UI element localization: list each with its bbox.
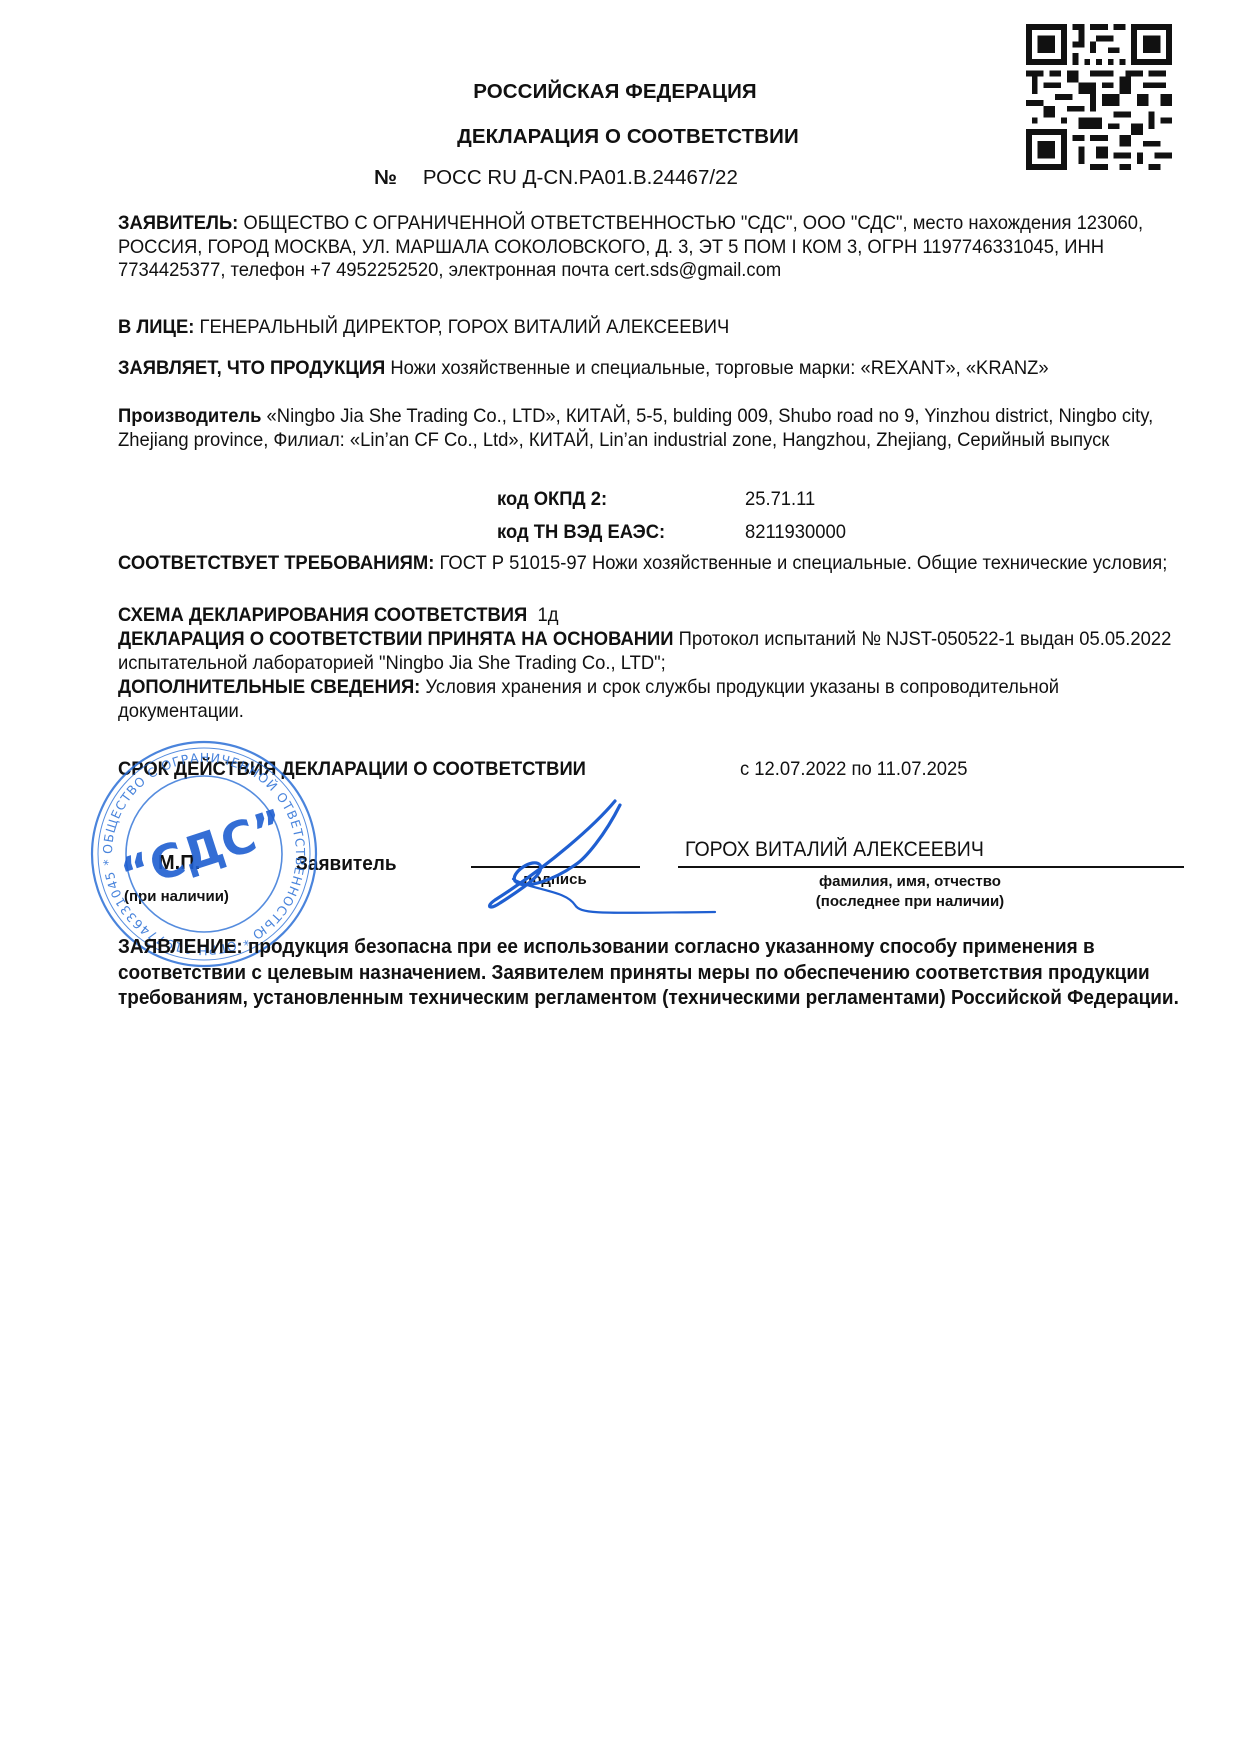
applicant-label: ЗАЯВИТЕЛЬ: — [118, 212, 238, 234]
manufacturer-text: «Ningbo Jia She Trading Co., LTD», КИТАЙ… — [118, 405, 1153, 451]
additional-label: ДОПОЛНИТЕЛЬНЫЕ СВЕДЕНИЯ: — [118, 676, 420, 698]
tnved-code-row: код ТН ВЭД ЕАЭС: — [497, 521, 665, 544]
product-label: ЗАЯВЛЯЕТ, ЧТО ПРОДУКЦИЯ — [118, 357, 385, 379]
okpd-code-row: код ОКПД 2: — [497, 488, 607, 511]
basis-section: ДЕКЛАРАЦИЯ О СООТВЕТСТВИИ ПРИНЯТА НА ОСН… — [118, 628, 1188, 675]
declaration-number-value: РОСС RU Д-CN.PA01.В.24467/22 — [423, 166, 738, 189]
name-caption-1: фамилия, имя, отчество — [780, 873, 1040, 890]
represented-by-label: В ЛИЦЕ: — [118, 316, 194, 338]
requirements-text: ГОСТ Р 51015-97 Ножи хозяйственные и спе… — [439, 552, 1167, 574]
requirements-label: СООТВЕТСТВУЕТ ТРЕБОВАНИЯМ: — [118, 552, 434, 574]
document-title: ДЕКЛАРАЦИЯ О СООТВЕТСТВИИ — [8, 125, 1240, 149]
scheme-value: 1д — [537, 604, 558, 626]
statement-text: продукция безопасна при ее использовании… — [118, 935, 1179, 1009]
product-section: ЗАЯВЛЯЕТ, ЧТО ПРОДУКЦИЯ Ножи хозяйственн… — [118, 357, 1188, 381]
okpd-label: код ОКПД 2: — [497, 488, 607, 510]
manufacturer-label: Производитель — [118, 405, 261, 427]
declaration-number: №РОСС RU Д-CN.PA01.В.24467/22 — [374, 166, 738, 190]
product-text: Ножи хозяйственные и специальные, торгов… — [390, 357, 1048, 379]
country-title: РОССИЙСКАЯ ФЕДЕРАЦИЯ — [0, 80, 1235, 104]
basis-label: ДЕКЛАРАЦИЯ О СООТВЕТСТВИИ ПРИНЯТА НА ОСН… — [118, 628, 674, 650]
represented-by-section: В ЛИЦЕ: ГЕНЕРАЛЬНЫЙ ДИРЕКТОР, ГОРОХ ВИТА… — [118, 316, 1188, 340]
tnved-label: код ТН ВЭД ЕАЭС: — [497, 521, 665, 543]
okpd-value: 25.71.11 — [745, 488, 815, 511]
scheme-label: СХЕМА ДЕКЛАРИРОВАНИЯ СООТВЕТСТВИЯ — [118, 604, 527, 626]
name-line — [678, 866, 1184, 868]
requirements-section: СООТВЕТСТВУЕТ ТРЕБОВАНИЯМ: ГОСТ Р 51015-… — [118, 552, 1188, 576]
represented-by-text: ГЕНЕРАЛЬНЫЙ ДИРЕКТОР, ГОРОХ ВИТАЛИЙ АЛЕК… — [199, 316, 729, 338]
scheme-section: СХЕМА ДЕКЛАРИРОВАНИЯ СООТВЕТСТВИЯ 1д — [118, 604, 1188, 628]
applicant-section: ЗАЯВИТЕЛЬ: ОБЩЕСТВО С ОГРАНИЧЕННОЙ ОТВЕТ… — [118, 212, 1188, 283]
tnved-value: 8211930000 — [745, 521, 846, 544]
additional-info-section: ДОПОЛНИТЕЛЬНЫЕ СВЕДЕНИЯ: Условия хранени… — [118, 676, 1188, 723]
stamp-center-text: “СДС” — [114, 798, 291, 902]
validity-dates: с 12.07.2022 по 11.07.2025 — [740, 758, 968, 781]
applicant-text: ОБЩЕСТВО С ОГРАНИЧЕННОЙ ОТВЕТСТВЕННОСТЬЮ… — [118, 212, 1143, 281]
name-caption-2: (последнее при наличии) — [780, 893, 1040, 910]
statement-section: ЗАЯВЛЕНИЕ: продукция безопасна при ее ис… — [118, 934, 1182, 1011]
number-symbol: № — [374, 166, 397, 189]
handwritten-signature — [455, 795, 725, 925]
statement-label: ЗАЯВЛЕНИЕ: — [118, 935, 243, 958]
manufacturer-section: Производитель «Ningbo Jia She Trading Co… — [118, 405, 1188, 452]
signatory-full-name: ГОРОХ ВИТАЛИЙ АЛЕКСЕЕВИЧ — [685, 838, 984, 862]
